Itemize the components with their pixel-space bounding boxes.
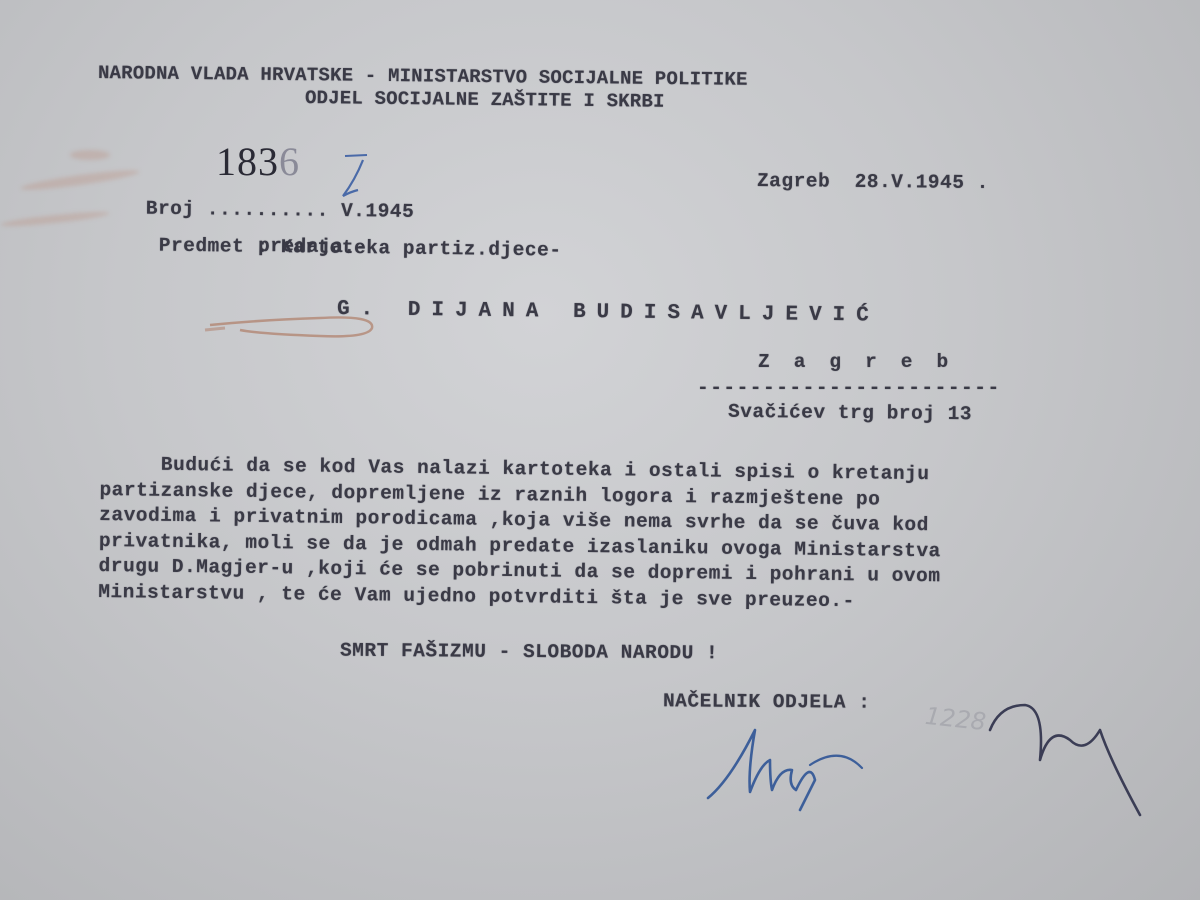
- place-date: Zagreb 28.V.1945 .: [757, 169, 989, 197]
- recipient-city: Zagreb: [758, 350, 972, 376]
- document-page: NARODNA VLADA HRVATSKE - MINISTARSTVO SO…: [0, 0, 1200, 900]
- recipient-underline: -----------------------: [697, 376, 1001, 402]
- recipient-name: G. DIJANA BUDISAVLJEVIĆ: [337, 297, 880, 329]
- rust-stain-left-2: [0, 209, 110, 228]
- blue-pen-correction: [325, 150, 385, 210]
- signature-blue-ink: [700, 720, 880, 820]
- recipient-address: Svačićev trg broj 13: [728, 400, 972, 428]
- subject-label: Predmet :: [159, 234, 269, 257]
- subject-line-2: predaja.-: [258, 234, 368, 261]
- closing-slogan: SMRT FAŠIZMU - SLOBODA NARODU !: [340, 639, 718, 667]
- rust-stain-top: [70, 150, 110, 160]
- pencil-note: 1228: [924, 702, 988, 736]
- signature-dark-ink: [990, 700, 1150, 830]
- letterhead-line-2: ODJEL SOCIJALNE ZAŠTITE I SKRBI: [305, 87, 665, 113]
- letterhead-line-1: NARODNA VLADA HRVATSKE - MINISTARSTVO SO…: [98, 62, 748, 91]
- signature-title: NAČELNIK ODJELA :: [663, 689, 871, 716]
- letter-body: Budući da se kod Vas nalazi kartoteka i …: [98, 452, 942, 615]
